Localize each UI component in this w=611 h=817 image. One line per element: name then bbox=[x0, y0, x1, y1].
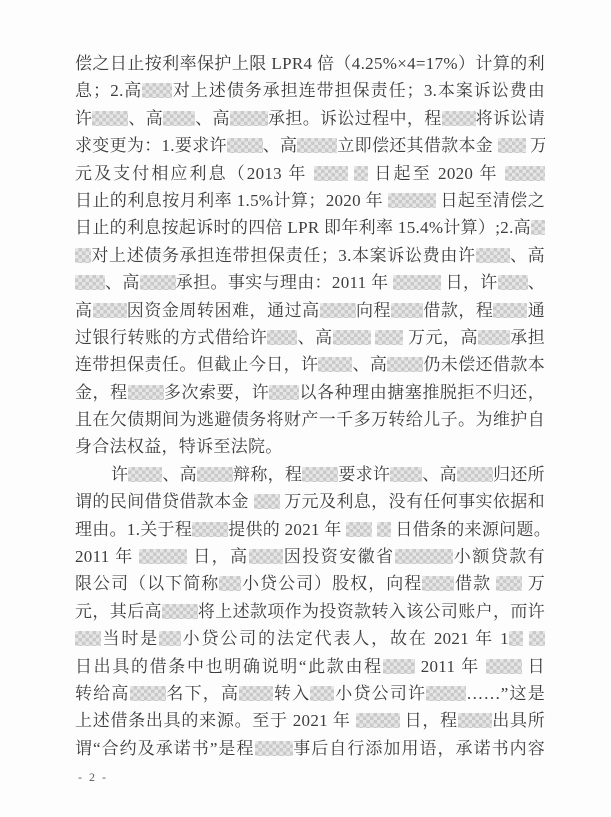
redaction-block bbox=[346, 522, 372, 537]
redaction-block bbox=[486, 659, 522, 674]
redaction-block bbox=[387, 357, 423, 372]
redaction-block bbox=[333, 330, 371, 345]
redaction-block bbox=[255, 741, 293, 756]
page-number: - 2 - bbox=[78, 770, 108, 785]
redaction-block bbox=[377, 522, 391, 537]
redaction-block bbox=[498, 275, 528, 290]
redaction-block bbox=[318, 357, 352, 372]
redaction-block bbox=[505, 166, 545, 181]
redaction-block bbox=[391, 303, 423, 318]
redaction-block bbox=[390, 467, 422, 482]
text-line: 元及支付相应利息（2013 年 日起至 2020 年 bbox=[75, 160, 545, 187]
redaction-block bbox=[140, 275, 176, 290]
text-line: 高因资金周转困难，通过高向程借款，程通 bbox=[75, 297, 545, 324]
redaction-block bbox=[476, 248, 510, 263]
redaction-block bbox=[130, 686, 166, 701]
redaction-block bbox=[128, 467, 162, 482]
scanned-court-document-page: 偿之日止按利率保护上限 LPR4 倍（4.25%×4=17%）计算的利息；2.高… bbox=[0, 0, 611, 817]
redaction-block bbox=[128, 385, 164, 400]
redaction-block bbox=[393, 275, 441, 290]
redaction-block bbox=[75, 275, 105, 290]
redaction-block bbox=[93, 303, 127, 318]
redaction-block bbox=[269, 385, 299, 400]
redaction-block bbox=[239, 686, 273, 701]
redaction-block bbox=[159, 631, 181, 646]
text-line: 转给高名下，高转入小贷公司许……”这是 bbox=[75, 680, 545, 707]
redaction-block bbox=[163, 111, 195, 126]
redaction-block bbox=[302, 467, 338, 482]
text-line: 连带担保责任。但截止今日，许、高仍未偿还借款本 bbox=[75, 351, 545, 378]
redaction-block bbox=[92, 111, 128, 126]
document-body: 偿之日止按利率保护上限 LPR4 倍（4.25%×4=17%）计算的利息；2.高… bbox=[75, 50, 545, 762]
redaction-block bbox=[249, 549, 283, 564]
text-line: 金，程多次索要，许以各种理由搪塞推脱拒不归还， bbox=[75, 379, 545, 406]
text-line: 理由。1.关于程提供的 2021 年 日借条的来源问题。 bbox=[75, 516, 545, 543]
redaction-block bbox=[75, 248, 91, 263]
text-line: 日出具的借条中也明确说明“此款由程 2011 年 日 bbox=[75, 653, 545, 680]
redaction-block bbox=[388, 193, 436, 208]
text-line: 对上述债务承担连带担保责任；3.本案诉讼费由许、高 bbox=[75, 242, 545, 269]
redaction-block bbox=[162, 604, 198, 619]
text-line: 过银行转账的方式借给许、高 万元，高承担 bbox=[75, 324, 545, 351]
text-line: 谓的民间借贷借款本金 万元及利息，没有任何事实依据和 bbox=[75, 488, 545, 515]
redaction-block bbox=[227, 138, 263, 153]
text-line: 许、高、高承担。诉讼过程中，程将诉讼请 bbox=[75, 105, 545, 132]
redaction-block bbox=[426, 686, 466, 701]
redaction-block bbox=[142, 83, 172, 98]
redaction-block bbox=[442, 111, 476, 126]
redaction-block bbox=[356, 713, 400, 728]
text-line: 许、高辩称，程要求许、高归还所 bbox=[75, 461, 545, 488]
redaction-block bbox=[493, 303, 527, 318]
redaction-block bbox=[496, 576, 522, 591]
redaction-block bbox=[478, 330, 510, 345]
text-line: 上述借条出具的来源。至于 2021 年 日，程出具所 bbox=[75, 707, 545, 734]
text-line: 且在欠债期间为逃避债务将财产一千多万转给儿子。为维护自 bbox=[75, 406, 545, 433]
redaction-block bbox=[395, 549, 453, 564]
redaction-block bbox=[219, 576, 241, 591]
redaction-block bbox=[139, 549, 187, 564]
text-line: 身合法权益，特诉至法院。 bbox=[75, 433, 545, 460]
text-line: 日止的利息按起诉时的四倍 LPR 即年利率 15.4%计算）;2.高 bbox=[75, 214, 545, 241]
redaction-block bbox=[75, 631, 101, 646]
redaction-block bbox=[230, 111, 268, 126]
redaction-block bbox=[422, 576, 454, 591]
redaction-block bbox=[267, 330, 297, 345]
redaction-block bbox=[297, 138, 337, 153]
redaction-block bbox=[197, 467, 233, 482]
text-line: 限公司（以下简称小贷公司）股权，向程借款 万 bbox=[75, 570, 545, 597]
text-line: 息；2.高对上述债务承担连带担保责任；3.本案诉讼费由 bbox=[75, 77, 545, 104]
redaction-block bbox=[531, 220, 545, 235]
text-line: 、高承担。事实与理由：2011 年 日，许、 bbox=[75, 269, 545, 296]
text-line: 谓“合约及承诺书”是程事后自行添加用语，承诺书内容 bbox=[75, 735, 545, 762]
text-line: 当时是小贷公司的法定代表人，故在 2021 年 1 bbox=[75, 625, 545, 652]
redaction-block bbox=[254, 494, 280, 509]
redaction-block bbox=[314, 166, 348, 181]
redaction-block bbox=[320, 303, 356, 318]
redaction-block bbox=[498, 138, 526, 153]
text-line: 求变更为：1.要求许、高立即偿还其借款本金 万 bbox=[75, 132, 545, 159]
redaction-block bbox=[310, 686, 334, 701]
redaction-block bbox=[509, 631, 523, 646]
redaction-block bbox=[529, 631, 545, 646]
text-line: 偿之日止按利率保护上限 LPR4 倍（4.25%×4=17%）计算的利 bbox=[75, 50, 545, 77]
redaction-block bbox=[458, 713, 492, 728]
redaction-block bbox=[192, 522, 228, 537]
text-line: 2011 年 日，高因投资安徽省小额贷款有 bbox=[75, 543, 545, 570]
redaction-block bbox=[375, 330, 403, 345]
text-line: 元，其后高将上述款项作为投资款转入该公司账户，而许 bbox=[75, 598, 545, 625]
redaction-block bbox=[457, 467, 493, 482]
redaction-block bbox=[354, 166, 368, 181]
text-line: 日止的利息按月利率 1.5%计算；2020 年 日起至清偿之 bbox=[75, 187, 545, 214]
redaction-block bbox=[383, 659, 415, 674]
